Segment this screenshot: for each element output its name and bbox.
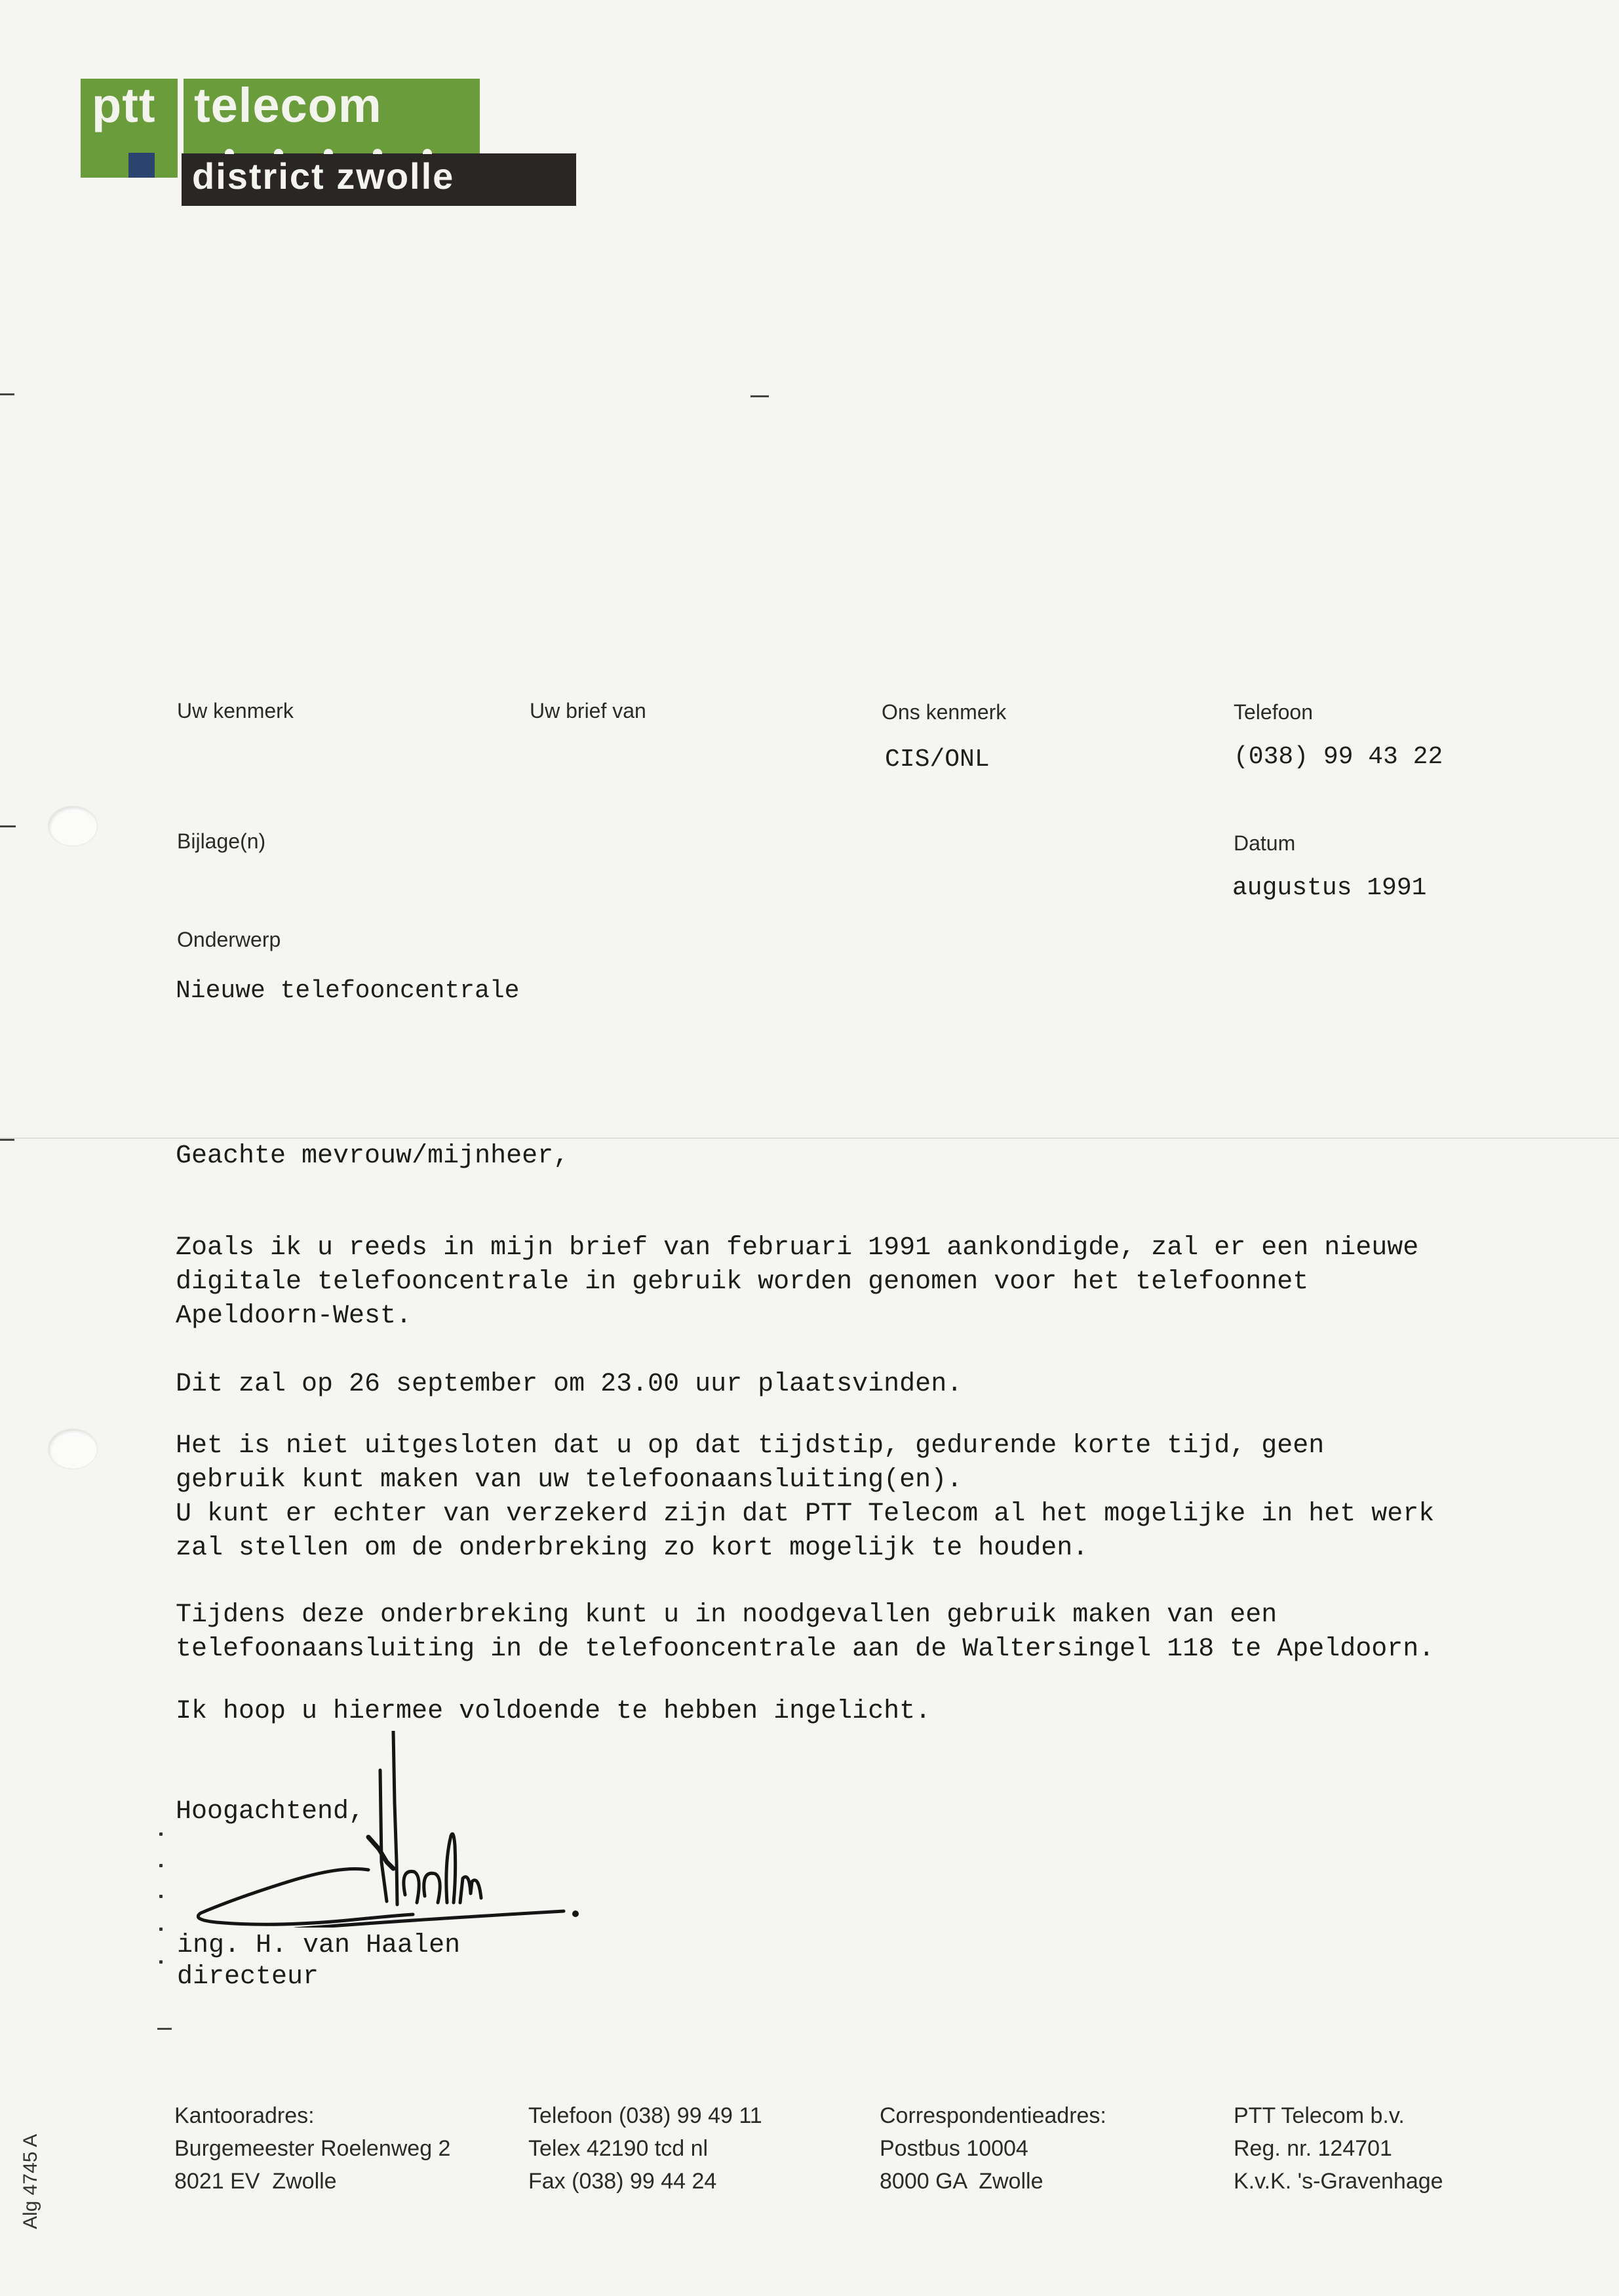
paragraph-2: Dit zal op 26 september om 23.00 uur pla… bbox=[176, 1368, 962, 1402]
paragraph-4: Tijdens deze onderbreking kunt u in nood… bbox=[176, 1598, 1434, 1667]
form-code: Alg 4745 A bbox=[20, 2134, 42, 2229]
punch-hole bbox=[49, 806, 97, 846]
footer-contact-numbers: Telefoon (038) 99 49 11 Telex 42190 tcd … bbox=[528, 2099, 762, 2198]
paragraph-1: Zoals ik u reeds in mijn brief van febru… bbox=[176, 1231, 1418, 1334]
datum-value: augustus 1991 bbox=[1232, 874, 1426, 902]
fold-mark bbox=[157, 2028, 172, 2030]
logo-dot bbox=[225, 149, 234, 154]
footer-company-registration: PTT Telecom b.v. Reg. nr. 124701 K.v.K. … bbox=[1234, 2099, 1443, 2198]
margin-dot bbox=[159, 1928, 163, 1931]
fold-mark bbox=[751, 395, 769, 397]
logo-text-ptt: ptt bbox=[92, 77, 156, 133]
salutation: Geachte mevrouw/mijnheer, bbox=[176, 1139, 569, 1174]
fold-mark bbox=[0, 825, 16, 827]
logo-text-district: district zwolle bbox=[192, 155, 454, 197]
bijlagen-label: Bijlage(n) bbox=[177, 829, 265, 854]
onderwerp-label: Onderwerp bbox=[177, 928, 281, 952]
logo-dot bbox=[373, 149, 382, 154]
signatory-name: ing. H. van Haalen bbox=[177, 1929, 460, 1963]
uw-brief-van-label: Uw brief van bbox=[530, 699, 646, 723]
logo-blue-square bbox=[128, 153, 155, 178]
margin-dot bbox=[159, 1864, 163, 1867]
punch-hole bbox=[49, 1429, 97, 1469]
logo-dot bbox=[423, 149, 432, 154]
paragraph-3: Het is niet uitgesloten dat u op dat tij… bbox=[176, 1429, 1434, 1566]
telefoon-label: Telefoon bbox=[1234, 700, 1313, 724]
margin-dot bbox=[159, 1895, 163, 1898]
logo-dot bbox=[274, 149, 283, 154]
ons-kenmerk-label: Ons kenmerk bbox=[882, 700, 1006, 724]
ons-kenmerk-value: CIS/ONL bbox=[885, 745, 990, 774]
datum-label: Datum bbox=[1234, 831, 1295, 856]
signatory-title: directeur bbox=[177, 1960, 319, 1994]
fold-mark bbox=[0, 393, 14, 395]
logo-text-telecom: telecom bbox=[194, 77, 382, 133]
footer-correspondence-address: Correspondentieadres: Postbus 10004 8000… bbox=[880, 2099, 1106, 2198]
telefoon-value: (038) 99 43 22 bbox=[1234, 743, 1443, 771]
fold-line bbox=[0, 1138, 1619, 1139]
paragraph-5: Ik hoop u hiermee voldoende te hebben in… bbox=[176, 1695, 931, 1729]
uw-kenmerk-label: Uw kenmerk bbox=[177, 699, 294, 723]
margin-dot bbox=[159, 1832, 163, 1836]
onderwerp-value: Nieuwe telefooncentrale bbox=[176, 977, 520, 1005]
fold-mark bbox=[0, 1139, 14, 1141]
signature-icon bbox=[197, 1731, 590, 1928]
footer-office-address: Kantooradres: Burgemeester Roelenweg 2 8… bbox=[174, 2099, 450, 2198]
logo-dot bbox=[324, 149, 333, 154]
margin-dot bbox=[159, 1960, 163, 1964]
